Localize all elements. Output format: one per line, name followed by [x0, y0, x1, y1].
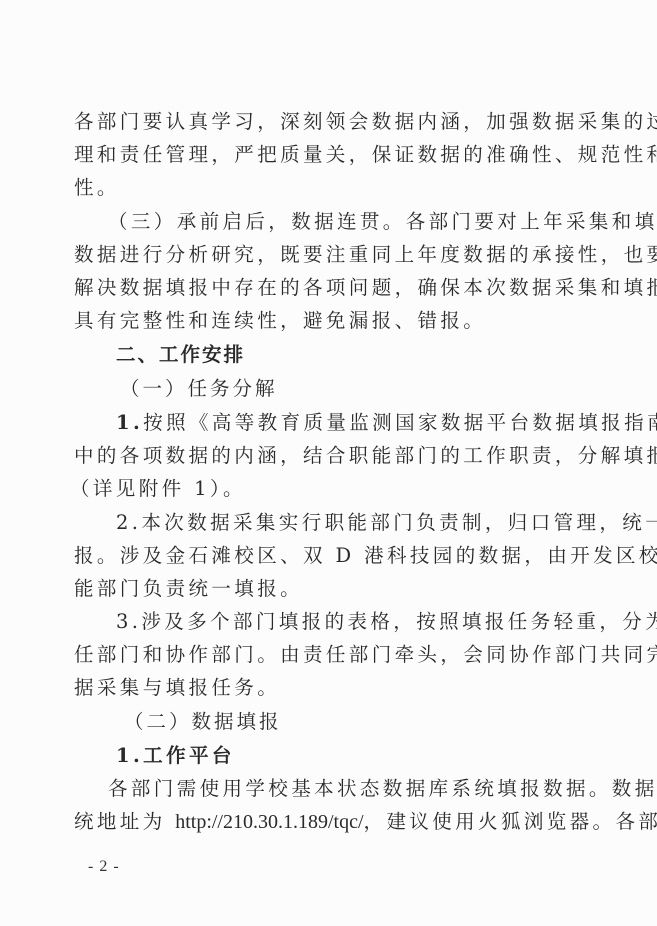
- paragraph-line: 统地址为 http://210.30.1.189/tqc/，建议使用火狐浏览器。…: [74, 807, 657, 837]
- list-item-line: （详见附件 1）。: [70, 474, 246, 504]
- system-url-link[interactable]: http://210.30.1.189/tqc/: [175, 811, 363, 833]
- list-item-line: 据采集与填报任务。: [74, 673, 280, 703]
- list-item-line: 1.按照《高等教育质量监测国家数据平台数据填报指南》: [116, 408, 657, 438]
- item-text: 按照《高等教育质量监测国家数据平台数据填报指南》: [143, 411, 657, 434]
- item-text: 涉及多个部门填报的表格，按照填报任务轻重，分为责: [141, 610, 657, 633]
- list-item-line: 中的各项数据的内涵，结合职能部门的工作职责，分解填报任务: [74, 441, 657, 471]
- item-number: 1.: [116, 411, 143, 434]
- subsection-heading: （二）数据填报: [124, 707, 282, 737]
- document-page: 各部门要认真学习，深刻领会数据内涵，加强数据采集的过程管 理和责任管理，严把质量…: [0, 0, 657, 926]
- list-item-line: 任部门和协作部门。由责任部门牵头，会同协作部门共同完成数: [74, 640, 657, 670]
- item-title: 工作平台: [143, 744, 235, 767]
- paragraph-line: 性。: [74, 173, 120, 203]
- paragraph-line: 理和责任管理，严把质量关，保证数据的准确性、规范性和合理: [74, 140, 657, 170]
- paragraph-line: 具有完整性和连续性，避免漏报、错报。: [74, 306, 486, 336]
- list-item-line: 能部门负责统一填报。: [74, 574, 303, 604]
- item-number: 1.: [116, 744, 143, 767]
- item-number: 3.: [116, 610, 141, 633]
- item-heading: 1.工作平台: [116, 741, 235, 771]
- text-suffix: ，建议使用火狐浏览器。各部门: [364, 810, 657, 833]
- list-item-line: 2.本次数据采集实行职能部门负责制，归口管理，统一填: [116, 508, 657, 538]
- item-text: 本次数据采集实行职能部门负责制，归口管理，统一填: [141, 511, 657, 534]
- section-heading: 二、工作安排: [116, 340, 245, 370]
- paragraph-line: 各部门需使用学校基本状态数据库系统填报数据。数据库系: [108, 774, 657, 804]
- page-number: - 2 -: [88, 858, 120, 876]
- text-prefix: 统地址为: [74, 810, 175, 833]
- paragraph-line: 解决数据填报中存在的各项问题，确保本次数据采集和填报工作: [74, 273, 657, 303]
- paragraph-line: （三）承前启后，数据连贯。各部门要对上年采集和填报的: [108, 207, 657, 237]
- paragraph-line: 各部门要认真学习，深刻领会数据内涵，加强数据采集的过程管: [74, 107, 657, 137]
- subsection-heading: （一）任务分解: [120, 374, 278, 404]
- list-item-line: 报。涉及金石滩校区、双 D 港科技园的数据，由开发区校区职: [74, 541, 657, 571]
- list-item-line: 3.涉及多个部门填报的表格，按照填报任务轻重，分为责: [116, 607, 657, 637]
- paragraph-line: 数据进行分析研究，既要注重同上年度数据的承接性，也要注重: [74, 240, 657, 270]
- item-number: 2.: [116, 511, 141, 534]
